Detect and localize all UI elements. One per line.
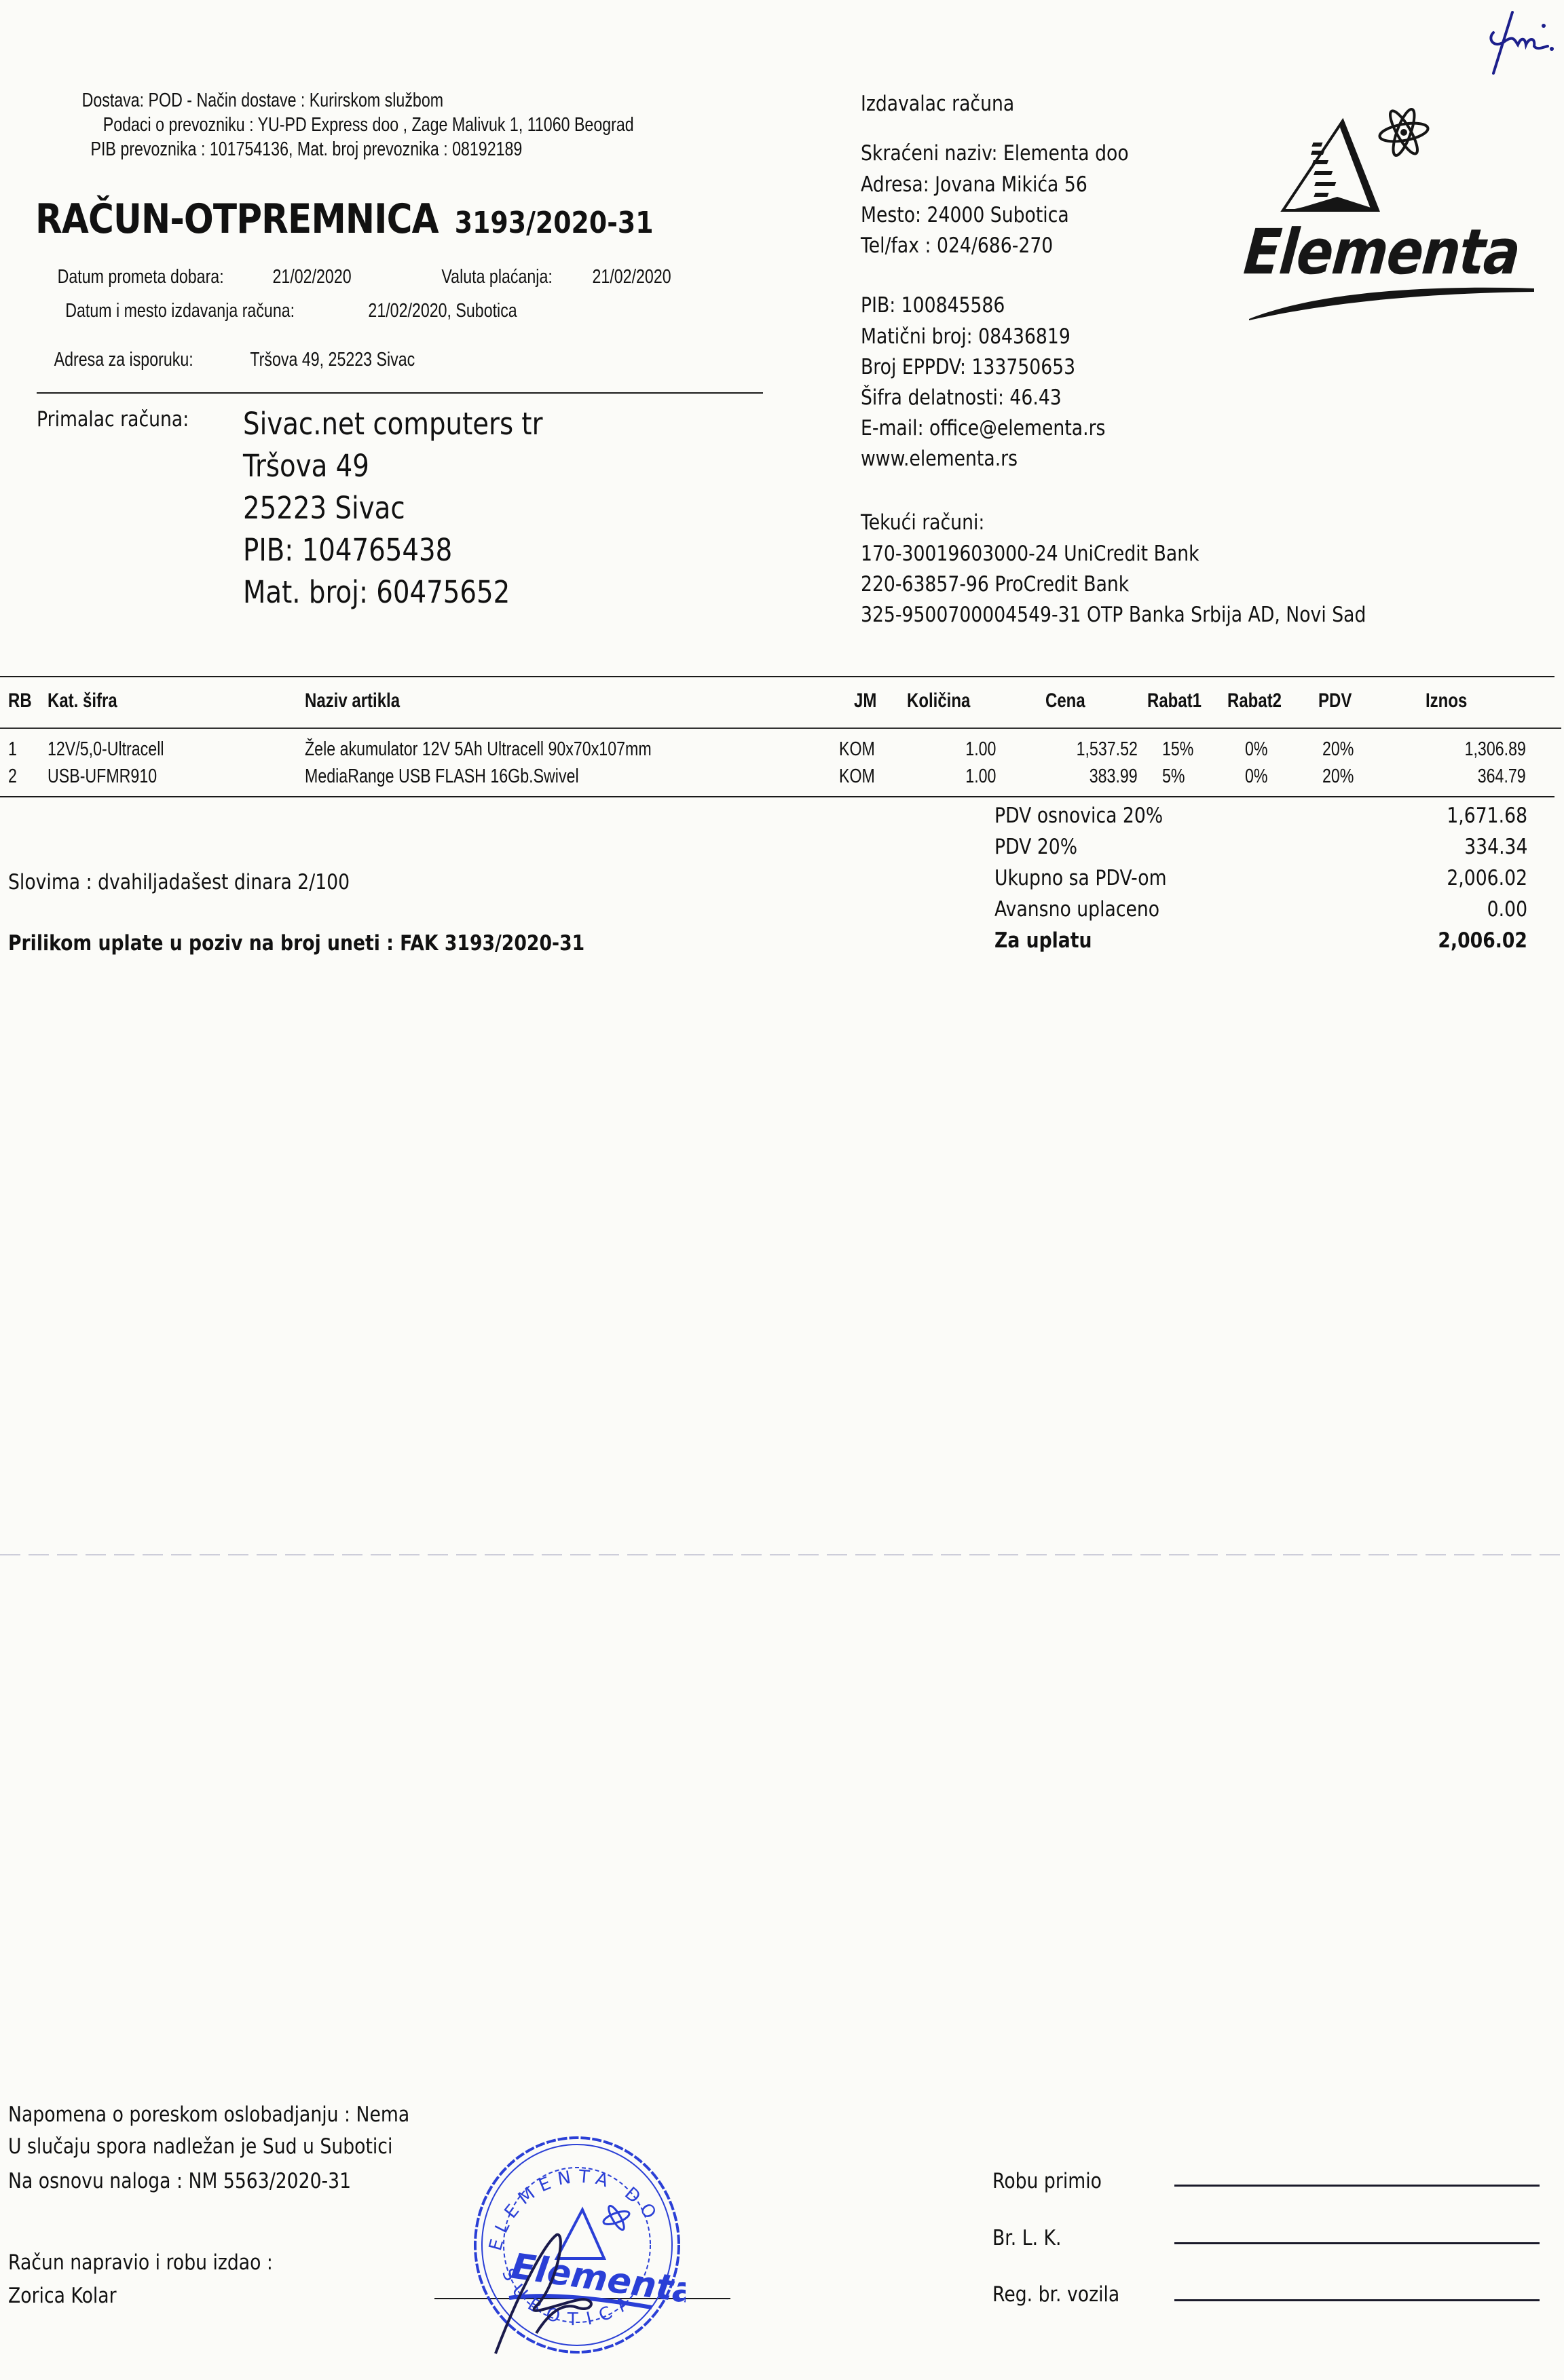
cell-qty: 1.00 (965, 766, 996, 788)
cell-vat: 20% (1322, 766, 1354, 788)
col-header-amount: Iznos (1426, 690, 1467, 713)
col-header-discount1: Rabat1 (1147, 690, 1202, 713)
document-type: RAČUN-OTPREMNICA (35, 195, 439, 243)
issued-by-name: Zorica Kolar (8, 2284, 117, 2308)
due-date-value: 21/02/2020 (593, 266, 671, 288)
bank-account-otp: 325-9500700004549-31 OTP Banka Srbija AD… (861, 603, 1366, 627)
col-header-rb: RB (8, 690, 32, 713)
totals-label: PDV osnovica 20% (994, 804, 1163, 828)
cell-unit: KOM (839, 766, 875, 788)
cell-amount: 1,306.89 (1465, 738, 1526, 761)
cell-vat: 20% (1322, 738, 1354, 761)
table-top-border (0, 676, 1554, 677)
col-header-qty: Količina (907, 690, 970, 713)
issuer-heading: Izdavalac računa (861, 92, 1014, 116)
recipient-name: Sivac.net computers tr (243, 406, 543, 442)
col-header-discount2: Rabat2 (1227, 690, 1282, 713)
document-number: 3193/2020-31 (455, 206, 654, 240)
carrier-company: Podaci o prevozniku : YU-PD Express doo … (103, 114, 634, 136)
logo-wordmark: Elementa (1241, 216, 1522, 288)
amount-in-words: Slovima : dvahiljadašest dinara 2/100 (8, 870, 350, 894)
issuer-city: Mesto: 24000 Subotica (861, 203, 1069, 227)
issue-date-label: Datum i mesto izdavanja računa: (65, 300, 295, 322)
col-header-name: Naziv artikla (305, 690, 400, 713)
tax-exemption-note: Napomena o poreskom oslobadjanju : Nema (8, 2102, 409, 2127)
delivery-address-value: Tršova 49, 25223 Sivac (250, 349, 415, 371)
stamp-top-text: ELEMENTA DOO (468, 2130, 664, 2253)
recipient-street: Tršova 49 (243, 448, 369, 484)
cell-price: 1,537.52 (1077, 738, 1138, 761)
jurisdiction-note: U slučaju spora nadležan je Sud u Suboti… (8, 2134, 392, 2159)
cell-discount1: 15% (1162, 738, 1193, 761)
issuer-address: Adresa: Jovana Mikića 56 (861, 172, 1087, 197)
vehicle-registration-field[interactable] (1174, 2299, 1540, 2301)
cell-discount1: 5% (1162, 766, 1185, 788)
received-by-signature-field[interactable] (1174, 2185, 1540, 2187)
issuer-email[interactable]: E-mail: office@elementa.rs (861, 416, 1105, 440)
cell-code: USB-UFMR910 (48, 766, 157, 788)
cell-discount2: 0% (1245, 766, 1268, 788)
issuer-telfax: Tel/fax : 024/686-270 (861, 233, 1053, 258)
issued-by-label: Račun napravio i robu izdao : (8, 2250, 273, 2275)
handwritten-paid-mark (1473, 5, 1561, 80)
received-by-label: Robu primio (992, 2169, 1102, 2193)
totals-value: 0.00 (1487, 897, 1527, 922)
delivery-address-label: Adresa za isporuku: (54, 349, 193, 371)
totals-label: Za uplatu (994, 928, 1092, 953)
bank-account-unicredit: 170-30019603000-24 UniCredit Bank (861, 542, 1199, 566)
id-card-field[interactable] (1174, 2242, 1540, 2244)
id-card-label: Br. L. K. (992, 2226, 1062, 2250)
col-header-unit: JM (854, 690, 876, 713)
due-date-label: Valuta plaćanja: (441, 266, 552, 288)
cell-unit: KOM (839, 738, 875, 761)
cell-code: 12V/5,0-Ultracell (48, 738, 164, 761)
document-title: RAČUN-OTPREMNICA3193/2020-31 (35, 195, 654, 243)
bank-accounts-heading: Tekući računi: (861, 510, 984, 535)
issuer-short-name: Skraćeni naziv: Elementa doo (861, 141, 1129, 166)
col-header-vat: PDV (1318, 690, 1352, 713)
col-header-code: Kat. šifra (48, 690, 117, 713)
totals-value: 334.34 (1464, 835, 1527, 859)
issue-date-place: 21/02/2020, Subotica (368, 300, 517, 322)
vehicle-registration-label: Reg. br. vozila (992, 2282, 1119, 2307)
issuer-vat-number: Broj EPPDV: 133750653 (861, 355, 1075, 379)
totals-label: Ukupno sa PDV-om (994, 866, 1167, 890)
cell-rb: 2 (8, 766, 17, 788)
recipient-label: Primalac računa: (37, 407, 189, 432)
table-bottom-border (0, 796, 1554, 797)
company-stamp: ELEMENTA DOO SUBOTICA Elementa (468, 2130, 686, 2357)
issuer-registration-number: Matični broj: 08436819 (861, 324, 1070, 349)
triangle-atom-logo-icon (1235, 95, 1541, 326)
recipient-registration-number: Mat. broj: 60475652 (243, 574, 510, 610)
payment-reference: Prilikom uplate u poziv na broj uneti : … (8, 931, 584, 956)
table-header-border (0, 728, 1561, 729)
carrier-tax-ids: PIB prevoznika : 101754136, Mat. broj pr… (90, 138, 522, 161)
issuer-website[interactable]: www.elementa.rs (861, 447, 1018, 471)
recipient-city: 25223 Sivac (243, 490, 405, 526)
company-logo: Elementa (1235, 95, 1541, 326)
cell-name: Žele akumulator 12V 5Ah Ultracell 90x70x… (305, 738, 652, 761)
issuer-activity-code: Šifra delatnosti: 46.43 (861, 385, 1062, 410)
turnover-date-value: 21/02/2020 (273, 266, 352, 288)
cell-qty: 1.00 (965, 738, 996, 761)
cell-rb: 1 (8, 738, 17, 761)
scan-fold-line (0, 1554, 1564, 1555)
cell-discount2: 0% (1245, 738, 1268, 761)
totals-value: 1,671.68 (1447, 804, 1527, 828)
divider (37, 392, 763, 394)
order-basis-note: Na osnovu naloga : NM 5563/2020-31 (8, 2169, 351, 2193)
col-header-price: Cena (1045, 690, 1085, 713)
issuer-pib: PIB: 100845586 (861, 293, 1005, 318)
totals-label: PDV 20% (994, 835, 1077, 859)
turnover-date-label: Datum prometa dobara: (58, 266, 224, 288)
cell-amount: 364.79 (1478, 766, 1526, 788)
bank-account-procredit: 220-63857-96 ProCredit Bank (861, 572, 1129, 597)
cell-name: MediaRange USB FLASH 16Gb.Swivel (305, 766, 579, 788)
cell-price: 383.99 (1090, 766, 1138, 788)
totals-label: Avansno uplaceno (994, 897, 1159, 922)
carrier-delivery-method: Dostava: POD - Način dostave : Kurirskom… (82, 90, 444, 112)
totals-value: 2,006.02 (1438, 928, 1527, 953)
totals-value: 2,006.02 (1447, 866, 1527, 890)
recipient-pib: PIB: 104765438 (243, 532, 452, 568)
